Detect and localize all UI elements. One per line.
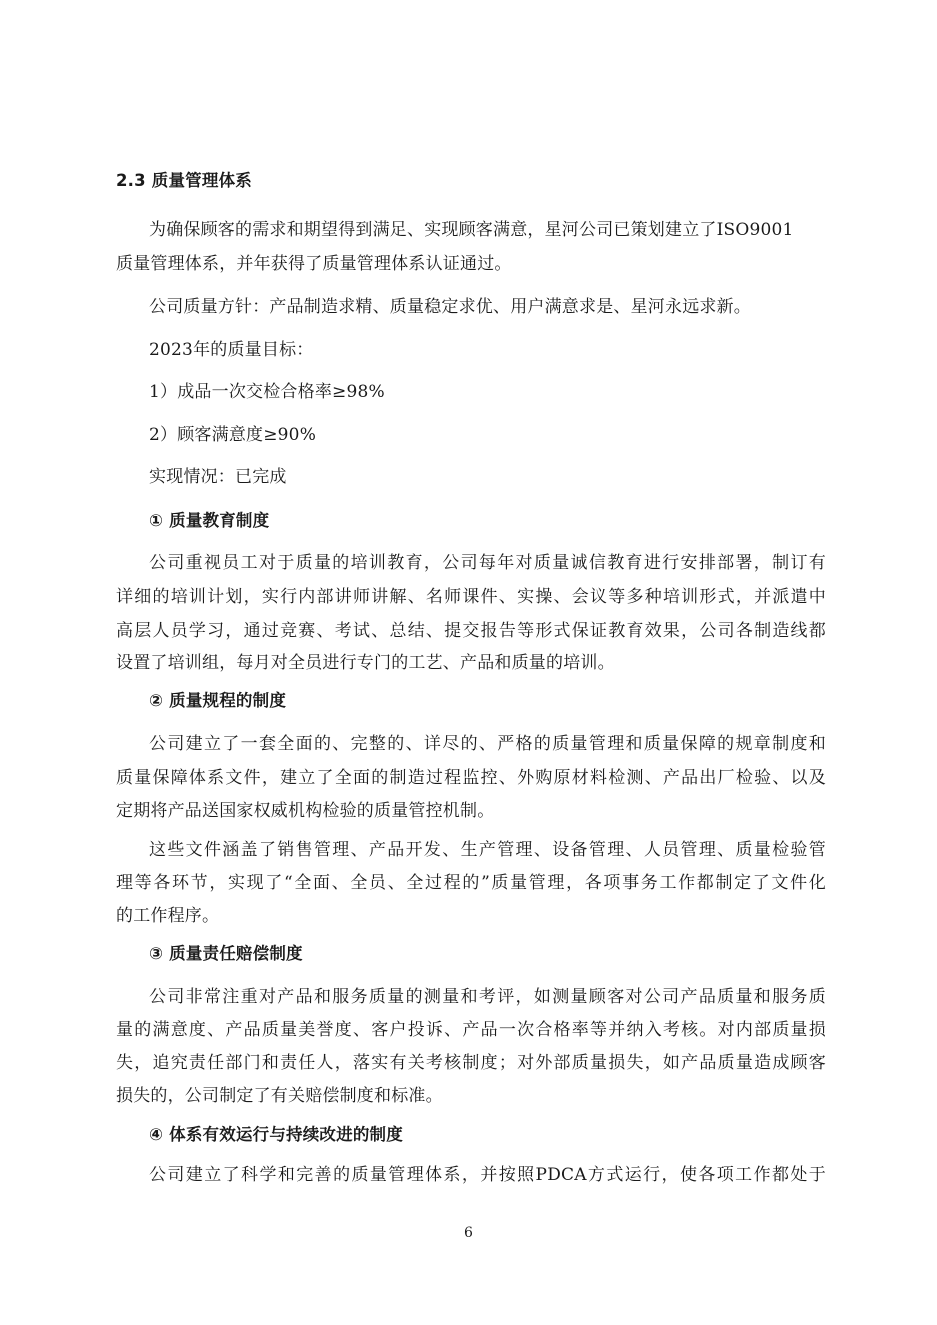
paragraph-line: 公司建立了科学和完善的质量管理体系，并按照PDCA方式运行，使各项工作都处于 <box>149 1164 826 1186</box>
paragraph-line: 高层人员学习，通过竞赛、考试、总结、提交报告等形式保证教育效果，公司各制造线都 <box>116 620 826 642</box>
intro-line-1: 为确保顾客的需求和期望得到满足、实现顾客满意，星河公司已策划建立了ISO9001 <box>149 219 826 241</box>
paragraph-line: 量的满意度、产品质量美誉度、客户投诉、产品一次合格率等并纳入考核。对内部质量损 <box>116 1019 826 1041</box>
paragraph-line: 公司非常注重对产品和服务质量的测量和考评，如测量顾客对公司产品质量和服务质 <box>149 986 826 1008</box>
paragraph-line: 定期将产品送国家权威机构检验的质量管控机制。 <box>116 800 826 822</box>
subsection-heading-3: ③ 质量责任赔偿制度 <box>149 943 859 965</box>
paragraph-line: 损失的，公司制定了有关赔偿制度和标准。 <box>116 1085 826 1107</box>
paragraph-line: 失，追究责任部门和责任人，落实有关考核制度；对外部质量损失，如产品质量造成顾客 <box>116 1052 826 1074</box>
paragraph-line: 理等各环节，实现了“全面、全员、全过程的”质量管理，各项事务工作都制定了文件化 <box>116 872 826 894</box>
goals-title: 2023年的质量目标： <box>149 339 859 361</box>
paragraph-line: 公司重视员工对于质量的培训教育，公司每年对质量诚信教育进行安排部署，制订有 <box>149 552 826 574</box>
paragraph-line: 的工作程序。 <box>116 905 826 927</box>
goal-item-2: 2）顾客满意度≥90% <box>149 424 859 446</box>
subsection-heading-1: ① 质量教育制度 <box>149 510 859 532</box>
status-text: 实现情况：已完成 <box>149 466 859 488</box>
document-page: 2.3 质量管理体系 为确保顾客的需求和期望得到满足、实现顾客满意，星河公司已策… <box>0 0 937 1325</box>
section-heading: 2.3 质量管理体系 <box>116 170 826 192</box>
paragraph-line: 详细的培训计划，实行内部讲师讲解、名师课件、实操、会议等多种培训形式，并派遣中 <box>116 586 826 608</box>
quality-policy: 公司质量方针：产品制造求精、质量稳定求优、用户满意求是、星河永远求新。 <box>149 296 859 318</box>
subsection-heading-4: ④ 体系有效运行与持续改进的制度 <box>149 1124 859 1146</box>
paragraph-line: 这些文件涵盖了销售管理、产品开发、生产管理、设备管理、人员管理、质量检验管 <box>149 839 826 861</box>
subsection-heading-2: ② 质量规程的制度 <box>149 690 859 712</box>
intro-line-2: 质量管理体系，并年获得了质量管理体系认证通过。 <box>116 253 826 275</box>
goal-item-1: 1）成品一次交检合格率≥98% <box>149 381 859 403</box>
paragraph-line: 公司建立了一套全面的、完整的、详尽的、严格的质量管理和质量保障的规章制度和 <box>149 733 826 755</box>
paragraph-line: 设置了培训组，每月对全员进行专门的工艺、产品和质量的培训。 <box>116 652 826 674</box>
paragraph-line: 质量保障体系文件，建立了全面的制造过程监控、外购原材料检测、产品出厂检验、以及 <box>116 767 826 789</box>
page-number: 6 <box>0 1225 937 1241</box>
